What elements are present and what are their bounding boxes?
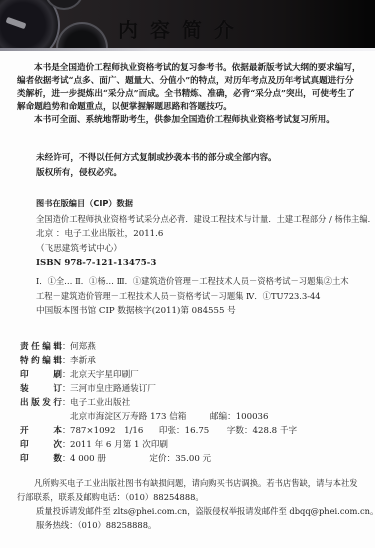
cip-isbn: ISBN 978-7-121-13475-3 [36,257,156,270]
imprint-format: 开 本：787×1092 1/16 印张：16.75 字数：428.8 千字 [20,425,297,438]
imprint-publisher: 出版发行：电子工业出版社 [20,397,130,410]
imprint-binding: 装 订：三河市皇庄路通装订厂 [20,383,156,396]
cip-publisher: 北京 ：电子工业出版社，2011.6 [36,228,163,241]
clock-gear-icon [0,0,60,50]
imprint-printing: 印 刷：北京天宇星印刷厂 [20,369,139,382]
copyright-notice: 未经许可，不得以任何方式复制或抄袭本书的部分或全部内容。 [36,152,277,165]
cip-heading: 图书在版编目（CIP）数据 [36,197,133,210]
footer-hotline: 服务热线：（010）88258888。 [36,519,156,532]
banner-divider [0,48,375,51]
imprint-special-editor: 特约编辑：李新承 [20,355,96,368]
cip-series: （飞思建筑考试中心） [36,243,122,256]
footer-notice: 凡所购买电子工业出版社图书有缺损问题，请向购买书店调换。若书店售缺，请与本社发行… [17,476,362,504]
imprint-edition: 印 次：2011 年 6 月第 1 次印刷 [20,439,168,452]
gear-icon [56,22,108,50]
imprint-address: 北京市海淀区万寿路 173 信箱 邮编：100036 [70,411,269,424]
intro-paragraph: 本书是全国造价工程师执业资格考试的复习参考书。依据最新版考试大纲的要求编写，编者… [17,62,362,114]
copyright-rights: 版权所有，侵权必究。 [36,167,122,180]
imprint-responsible-editor: 责任编辑：何郑燕 [20,341,96,354]
cip-classification: Ⅰ．①全… Ⅱ．①杨… Ⅲ．①建筑造价管理－工程技术人员－资格考试－习题集②土木… [36,274,356,304]
cip-title: 全国造价工程师执业资格考试采分点必背．建设工程技术与计量．土建工程部分 / 杨伟… [36,213,375,226]
page-title: 内容简介 [118,14,246,43]
footer-complaint: 质量投诉请发邮件至 zlts@phei.com.cn，盗版侵权举报请发邮件至 d… [36,505,375,518]
header-banner: 内容简介 [0,0,375,50]
intro-paragraph: 本书可全面、系统地帮助考生，供参加全国造价工程师执业资格考试复习所用。 [17,114,362,127]
cip-record: 中国版本图书馆 CIP 数据核字(2011)第 084555 号 [36,305,236,318]
copyright-page: 内容简介 本书是全国造价工程师执业资格考试的复习参考书。依据最新版考试大纲的要求… [0,0,375,548]
imprint-copies: 印 数：4 000 册 定价：35.00 元 [20,453,211,466]
